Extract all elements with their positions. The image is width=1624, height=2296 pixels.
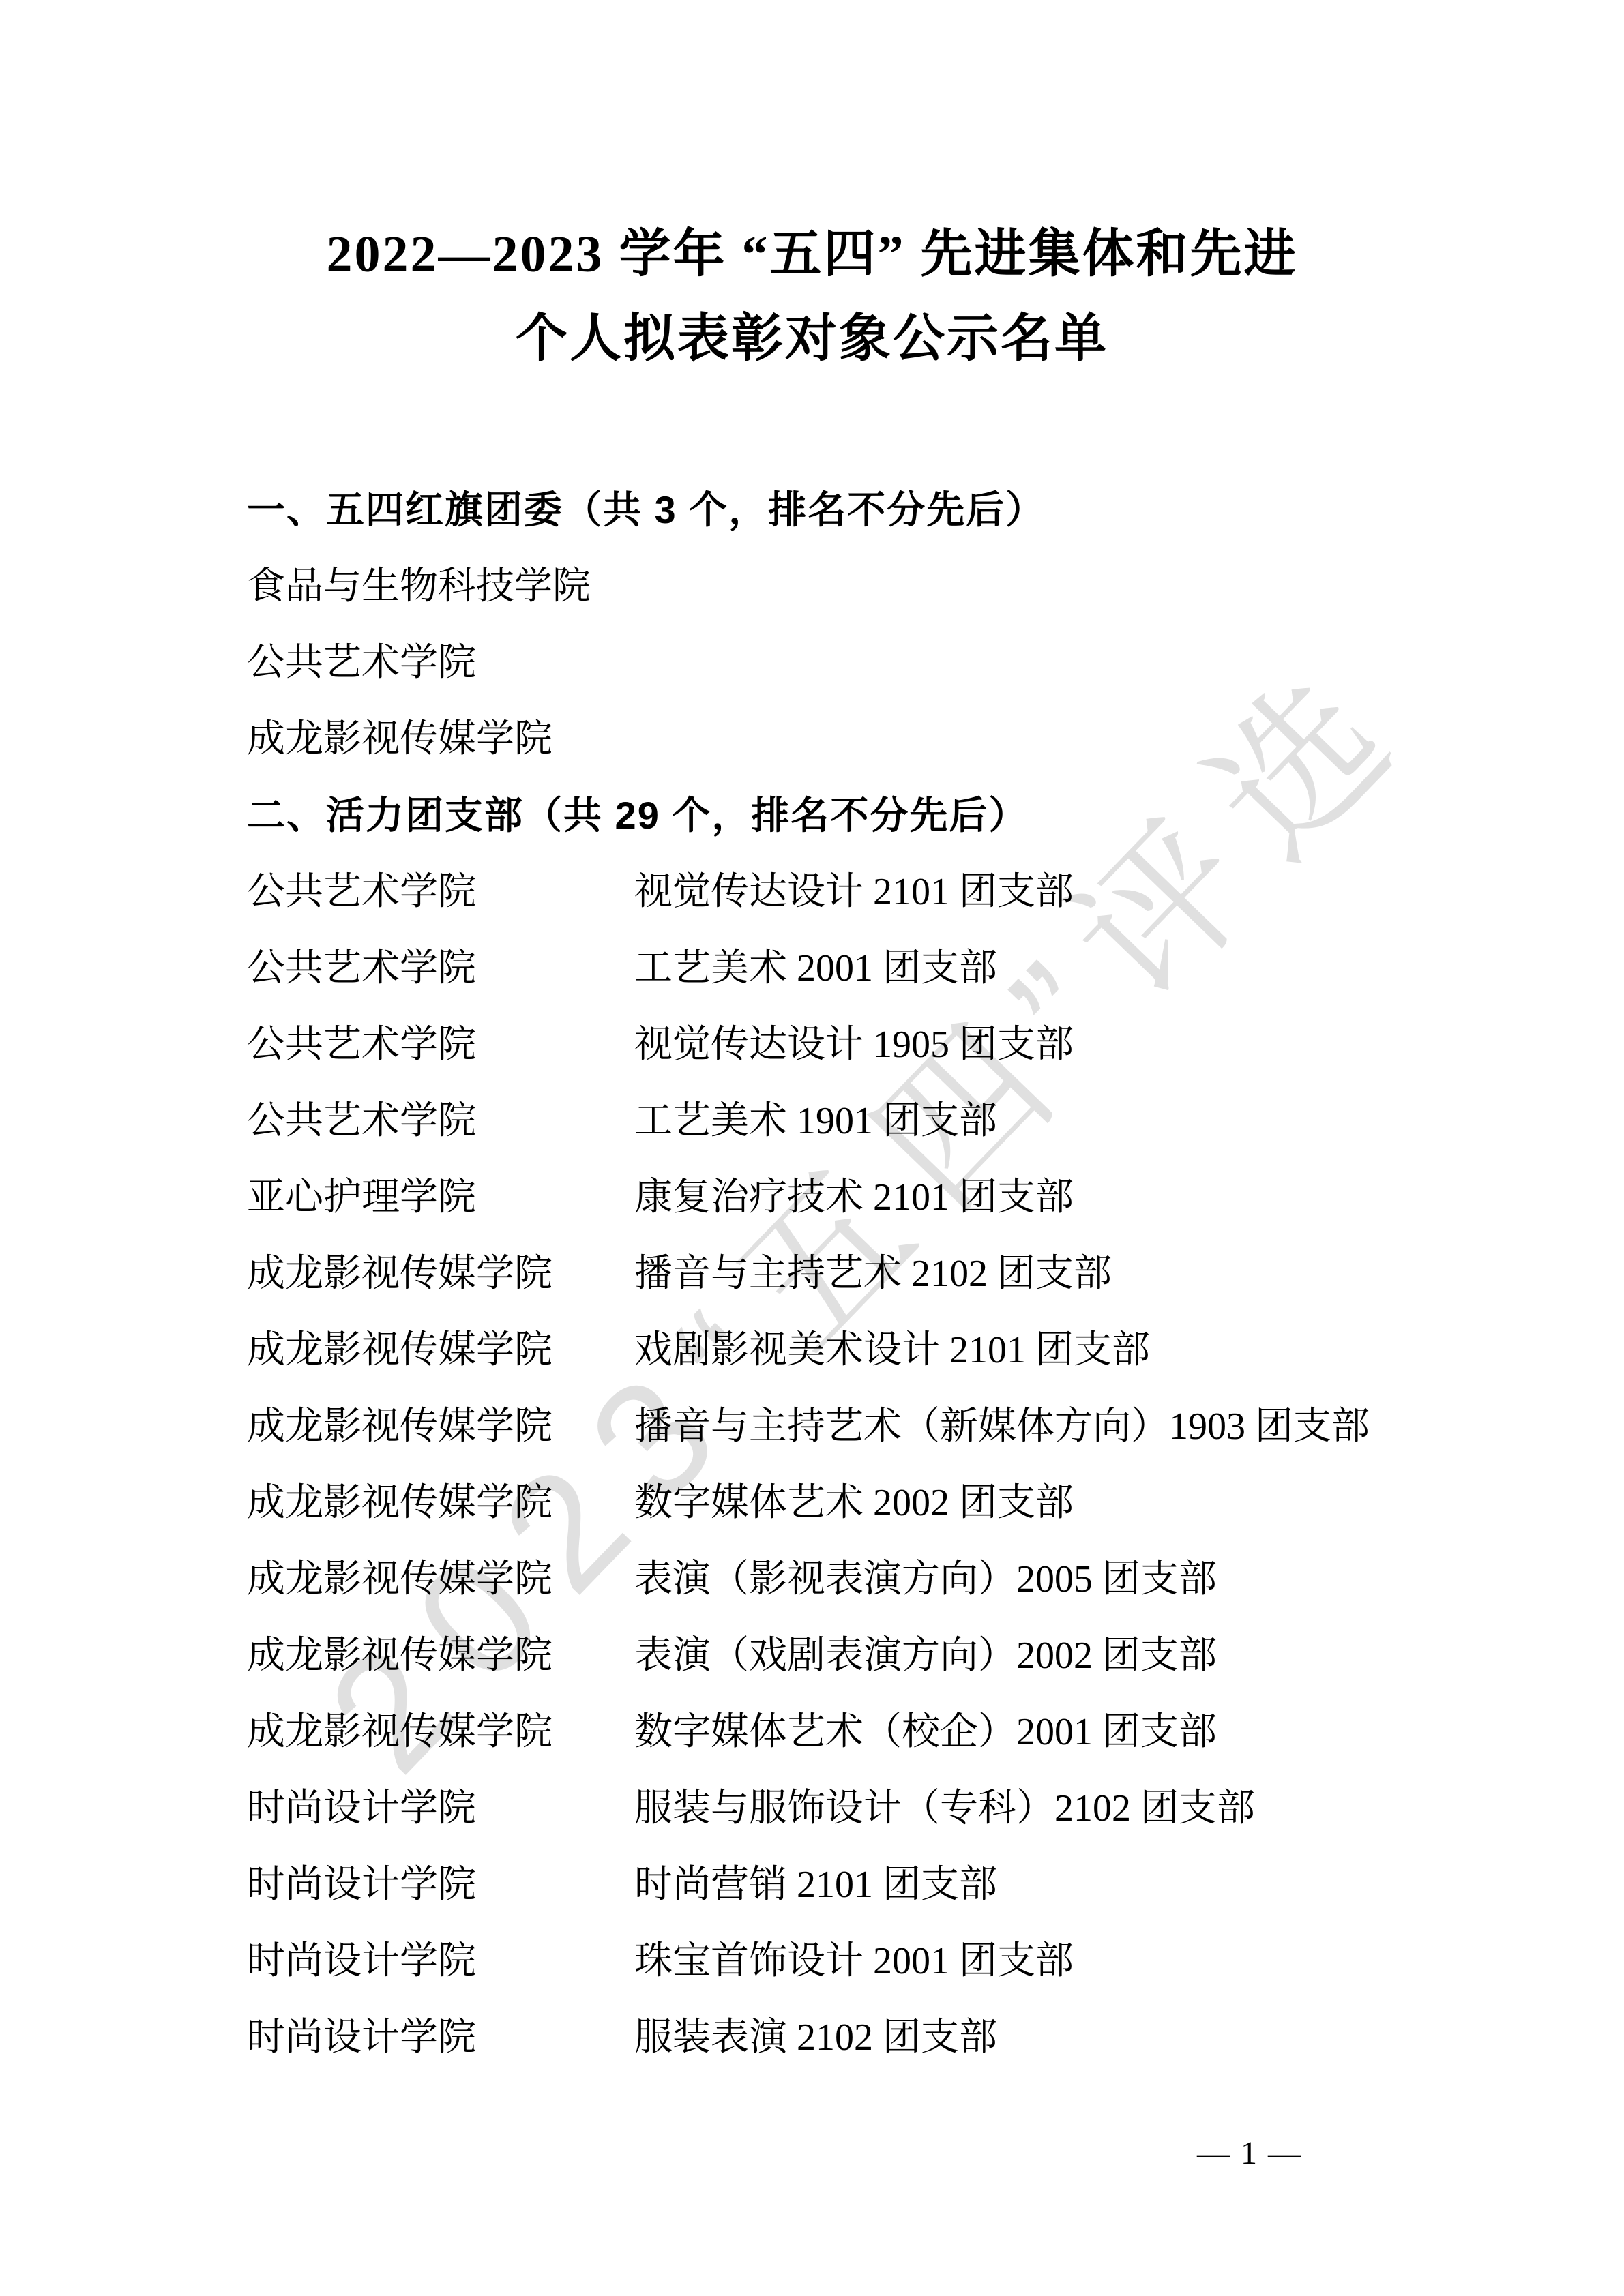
college-cell: 成龙影视传媒学院 xyxy=(247,1617,634,1694)
table-row: 成龙影视传媒学院 数字媒体艺术（校企）2001 团支部 xyxy=(247,1694,1433,1770)
branch-cell: 戏剧影视美术设计 2101 团支部 xyxy=(634,1312,1433,1388)
section1-item: 食品与生物科技学院 xyxy=(247,548,1433,625)
section1-item: 成龙影视传媒学院 xyxy=(247,701,1433,777)
college-cell: 时尚设计学院 xyxy=(247,1770,634,1847)
branch-cell: 数字媒体艺术（校企）2001 团支部 xyxy=(634,1694,1433,1770)
branch-cell: 播音与主持艺术（新媒体方向）1903 团支部 xyxy=(634,1388,1433,1465)
table-row: 时尚设计学院 时尚营销 2101 团支部 xyxy=(247,1847,1433,1923)
section2-heading: 二、活力团支部（共 29 个，排名不分先后） xyxy=(247,777,1433,854)
college-cell: 公共艺术学院 xyxy=(247,1007,634,1083)
college-cell: 时尚设计学院 xyxy=(247,1847,634,1923)
college-cell: 成龙影视传媒学院 xyxy=(247,1388,634,1465)
table-row: 公共艺术学院 工艺美术 2001 团支部 xyxy=(247,930,1433,1007)
table-row: 成龙影视传媒学院 播音与主持艺术 2102 团支部 xyxy=(247,1236,1433,1312)
table-row: 成龙影视传媒学院 播音与主持艺术（新媒体方向）1903 团支部 xyxy=(247,1388,1433,1465)
table-row: 时尚设计学院 服装与服饰设计（专科）2102 团支部 xyxy=(247,1770,1433,1847)
branch-cell: 视觉传达设计 2101 团支部 xyxy=(634,854,1433,930)
table-row: 公共艺术学院 工艺美术 1901 团支部 xyxy=(247,1083,1433,1159)
page-number: — 1 — xyxy=(1197,2134,1302,2172)
branch-cell: 康复治疗技术 2101 团支部 xyxy=(634,1159,1433,1236)
college-cell: 公共艺术学院 xyxy=(247,1083,634,1159)
college-cell: 公共艺术学院 xyxy=(247,854,634,930)
college-cell: 成龙影视传媒学院 xyxy=(247,1694,634,1770)
branch-cell: 表演（戏剧表演方向）2002 团支部 xyxy=(634,1617,1433,1694)
branch-cell: 珠宝首饰设计 2001 团支部 xyxy=(634,1923,1433,1999)
document-content: 一、五四红旗团委（共 3 个，排名不分先后） 食品与生物科技学院 公共艺术学院 … xyxy=(247,472,1433,2076)
branch-cell: 服装与服饰设计（专科）2102 团支部 xyxy=(634,1770,1433,1847)
college-cell: 成龙影视传媒学院 xyxy=(247,1541,634,1617)
section1-item: 公共艺术学院 xyxy=(247,625,1433,701)
document-title: 2022—2023 学年 “五四” 先进集体和先进 个人拟表彰对象公示名单 xyxy=(0,212,1624,381)
branch-cell: 播音与主持艺术 2102 团支部 xyxy=(634,1236,1433,1312)
table-row: 成龙影视传媒学院 表演（影视表演方向）2005 团支部 xyxy=(247,1541,1433,1617)
table-row: 成龙影视传媒学院 表演（戏剧表演方向）2002 团支部 xyxy=(247,1617,1433,1694)
college-cell: 时尚设计学院 xyxy=(247,1999,634,2076)
branch-cell: 视觉传达设计 1905 团支部 xyxy=(634,1007,1433,1083)
branch-cell: 数字媒体艺术 2002 团支部 xyxy=(634,1465,1433,1541)
table-row: 公共艺术学院 视觉传达设计 1905 团支部 xyxy=(247,1007,1433,1083)
branch-cell: 工艺美术 2001 团支部 xyxy=(634,930,1433,1007)
table-row: 亚心护理学院 康复治疗技术 2101 团支部 xyxy=(247,1159,1433,1236)
table-row: 成龙影视传媒学院 戏剧影视美术设计 2101 团支部 xyxy=(247,1312,1433,1388)
college-cell: 成龙影视传媒学院 xyxy=(247,1236,634,1312)
branch-cell: 服装表演 2102 团支部 xyxy=(634,1999,1433,2076)
branch-cell: 工艺美术 1901 团支部 xyxy=(634,1083,1433,1159)
document-title-line1: 2022—2023 学年 “五四” 先进集体和先进 xyxy=(0,212,1624,297)
college-cell: 成龙影视传媒学院 xyxy=(247,1465,634,1541)
table-row: 成龙影视传媒学院 数字媒体艺术 2002 团支部 xyxy=(247,1465,1433,1541)
table-row: 时尚设计学院 珠宝首饰设计 2001 团支部 xyxy=(247,1923,1433,1999)
document-title-line2: 个人拟表彰对象公示名单 xyxy=(0,297,1624,381)
college-cell: 亚心护理学院 xyxy=(247,1159,634,1236)
branch-cell: 时尚营销 2101 团支部 xyxy=(634,1847,1433,1923)
section1-heading: 一、五四红旗团委（共 3 个，排名不分先后） xyxy=(247,472,1433,548)
branch-cell: 表演（影视表演方向）2005 团支部 xyxy=(634,1541,1433,1617)
table-row: 时尚设计学院 服装表演 2102 团支部 xyxy=(247,1999,1433,2076)
document-body: 2022—2023 学年 “五四” 先进集体和先进 个人拟表彰对象公示名单 一、… xyxy=(0,0,1624,2296)
college-cell: 成龙影视传媒学院 xyxy=(247,1312,634,1388)
college-cell: 公共艺术学院 xyxy=(247,930,634,1007)
document-page: 2023“五四”评选 2022—2023 学年 “五四” 先进集体和先进 个人拟… xyxy=(0,0,1624,2296)
college-cell: 时尚设计学院 xyxy=(247,1923,634,1999)
table-row: 公共艺术学院 视觉传达设计 2101 团支部 xyxy=(247,854,1433,930)
